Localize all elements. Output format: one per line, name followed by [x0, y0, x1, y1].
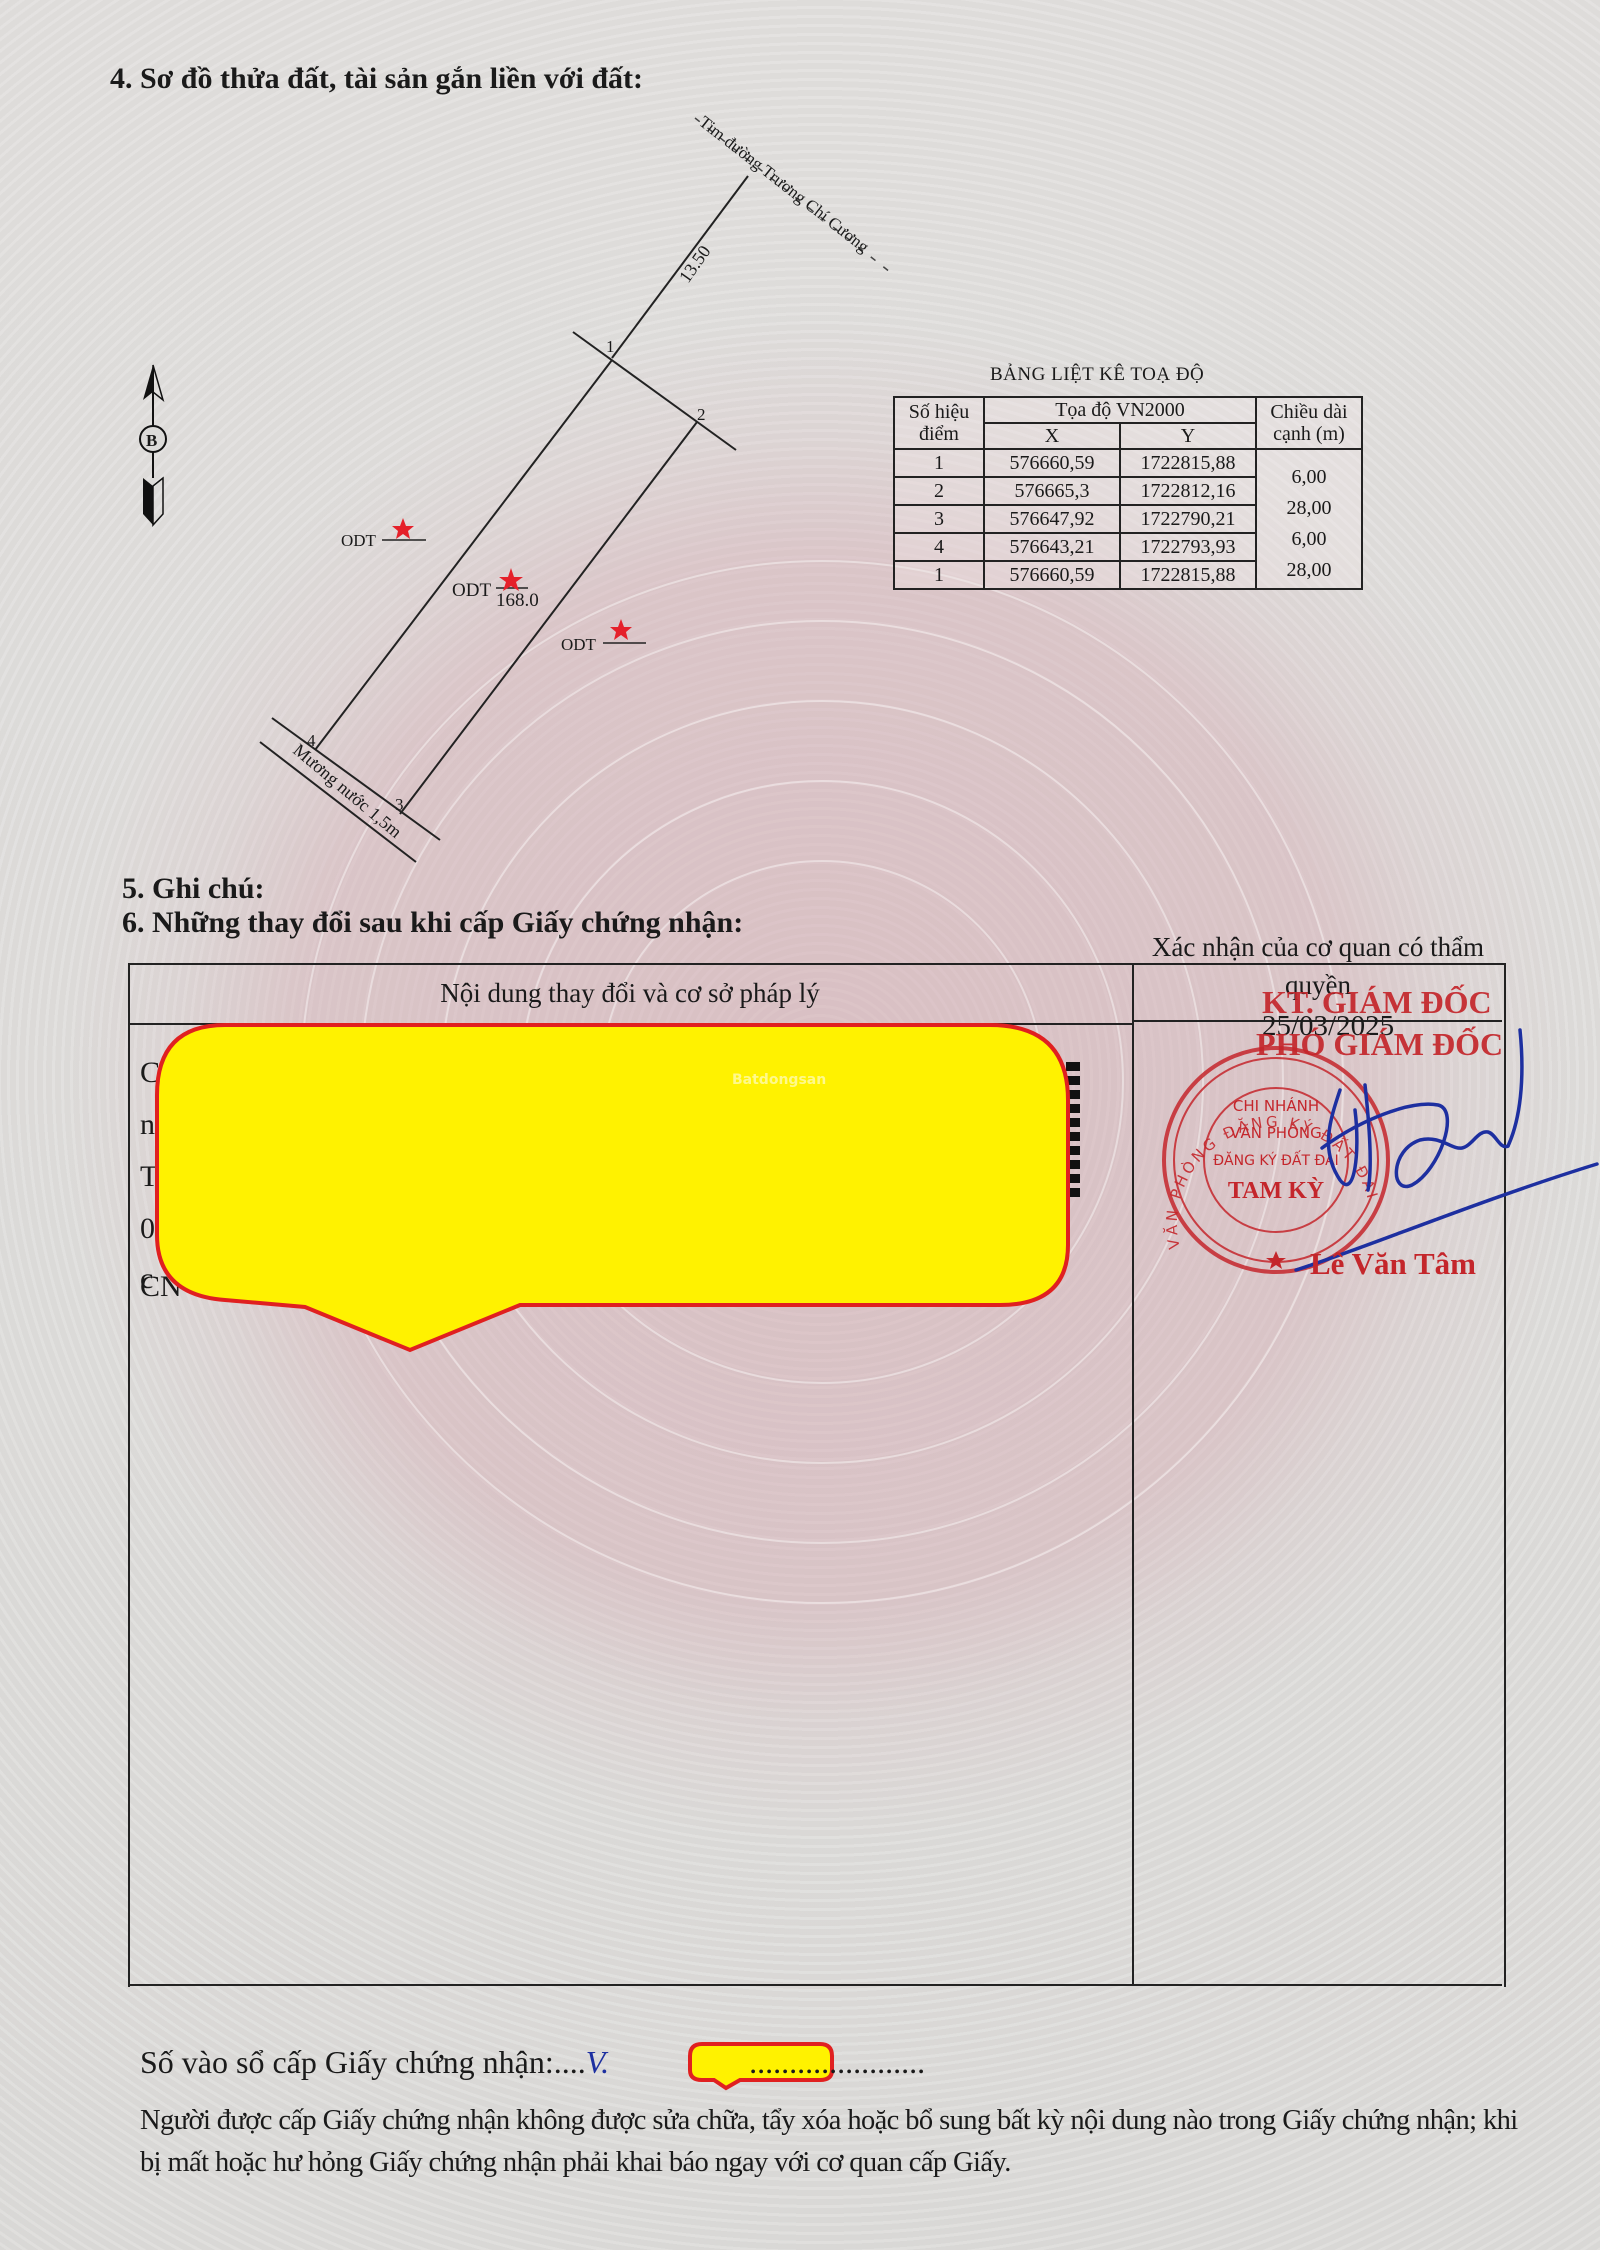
parcel-code-west: ODT	[341, 531, 377, 550]
point-label-3: 3	[395, 795, 404, 814]
coordinate-table-title: BẢNG LIỆT KÊ TOẠ ĐỘ	[990, 364, 1204, 386]
registry-label: Số vào sổ cấp Giấy chứng nhận:	[140, 2044, 554, 2080]
boundary-1-4	[315, 360, 612, 750]
boundary-2-3	[400, 422, 697, 814]
point-label-1: 1	[606, 337, 615, 356]
stamp-title-line2: PHÓ GIÁM ĐỐC	[1256, 1026, 1503, 1063]
header-y: Y	[1120, 423, 1256, 449]
content-fragment: CN	[140, 1270, 182, 1304]
road-label: Tim đường Trương Chí Cương	[696, 112, 873, 256]
parcel-code-main: ODT	[452, 580, 491, 601]
changes-table-bottom-border	[128, 1984, 1502, 1986]
coordinate-table: Số hiệu điểm Tọa độ VN2000 Chiều dài cạn…	[893, 396, 1363, 590]
star-icon	[392, 518, 414, 539]
star-icon	[610, 619, 632, 640]
content-fragment: C	[140, 1056, 160, 1090]
point-label-2: 2	[697, 405, 706, 424]
canal-line-bottom	[260, 742, 416, 862]
north-arrow-icon: B	[140, 365, 166, 525]
header-x: X	[984, 423, 1120, 449]
table-row: 1 576660,59 1722815,88 6,00 28,00 6,00 2…	[894, 449, 1362, 477]
section-6-title: 6. Những thay đổi sau khi cấp Giấy chứng…	[122, 906, 743, 940]
parcel-area-main: 168.0	[496, 590, 539, 611]
signer-name: Lê Văn Tâm	[1310, 1246, 1476, 1282]
registry-number-line: Số vào sổ cấp Giấy chứng nhận:....V.....…	[140, 2044, 925, 2081]
changes-header-divider	[128, 1023, 1132, 1025]
canal-line-top	[272, 718, 440, 840]
header-system: Tọa độ VN2000	[984, 397, 1256, 423]
parcel-code-east: ODT	[561, 635, 597, 654]
edge-lengths: 6,00 28,00 6,00 28,00	[1256, 449, 1362, 589]
qr-code-fragment	[1066, 1062, 1080, 1202]
section-5-title: 5. Ghi chú:	[122, 872, 265, 906]
changes-table	[128, 963, 1506, 1987]
header-point: Số hiệu điểm	[894, 397, 984, 449]
changes-col-content-header: Nội dung thay đổi và cơ sở pháp lý	[128, 968, 1132, 1018]
compass-label: B	[146, 431, 157, 450]
front-boundary-line	[573, 332, 736, 450]
canal-label: Mương nước 1,5m	[289, 740, 405, 842]
registry-handwritten: V.	[586, 2044, 609, 2080]
watermark-logo: Batdongsan	[732, 1072, 826, 1088]
content-fragment: T	[140, 1160, 158, 1194]
content-fragment: n	[140, 1108, 155, 1142]
changes-column-divider	[1132, 963, 1134, 1985]
content-fragment: 0	[140, 1212, 155, 1246]
footer-note: Người được cấp Giấy chứng nhận không đượ…	[140, 2100, 1540, 2184]
header-length: Chiều dài cạnh (m)	[1256, 397, 1362, 449]
road-distance-label: 13.50	[675, 242, 715, 287]
